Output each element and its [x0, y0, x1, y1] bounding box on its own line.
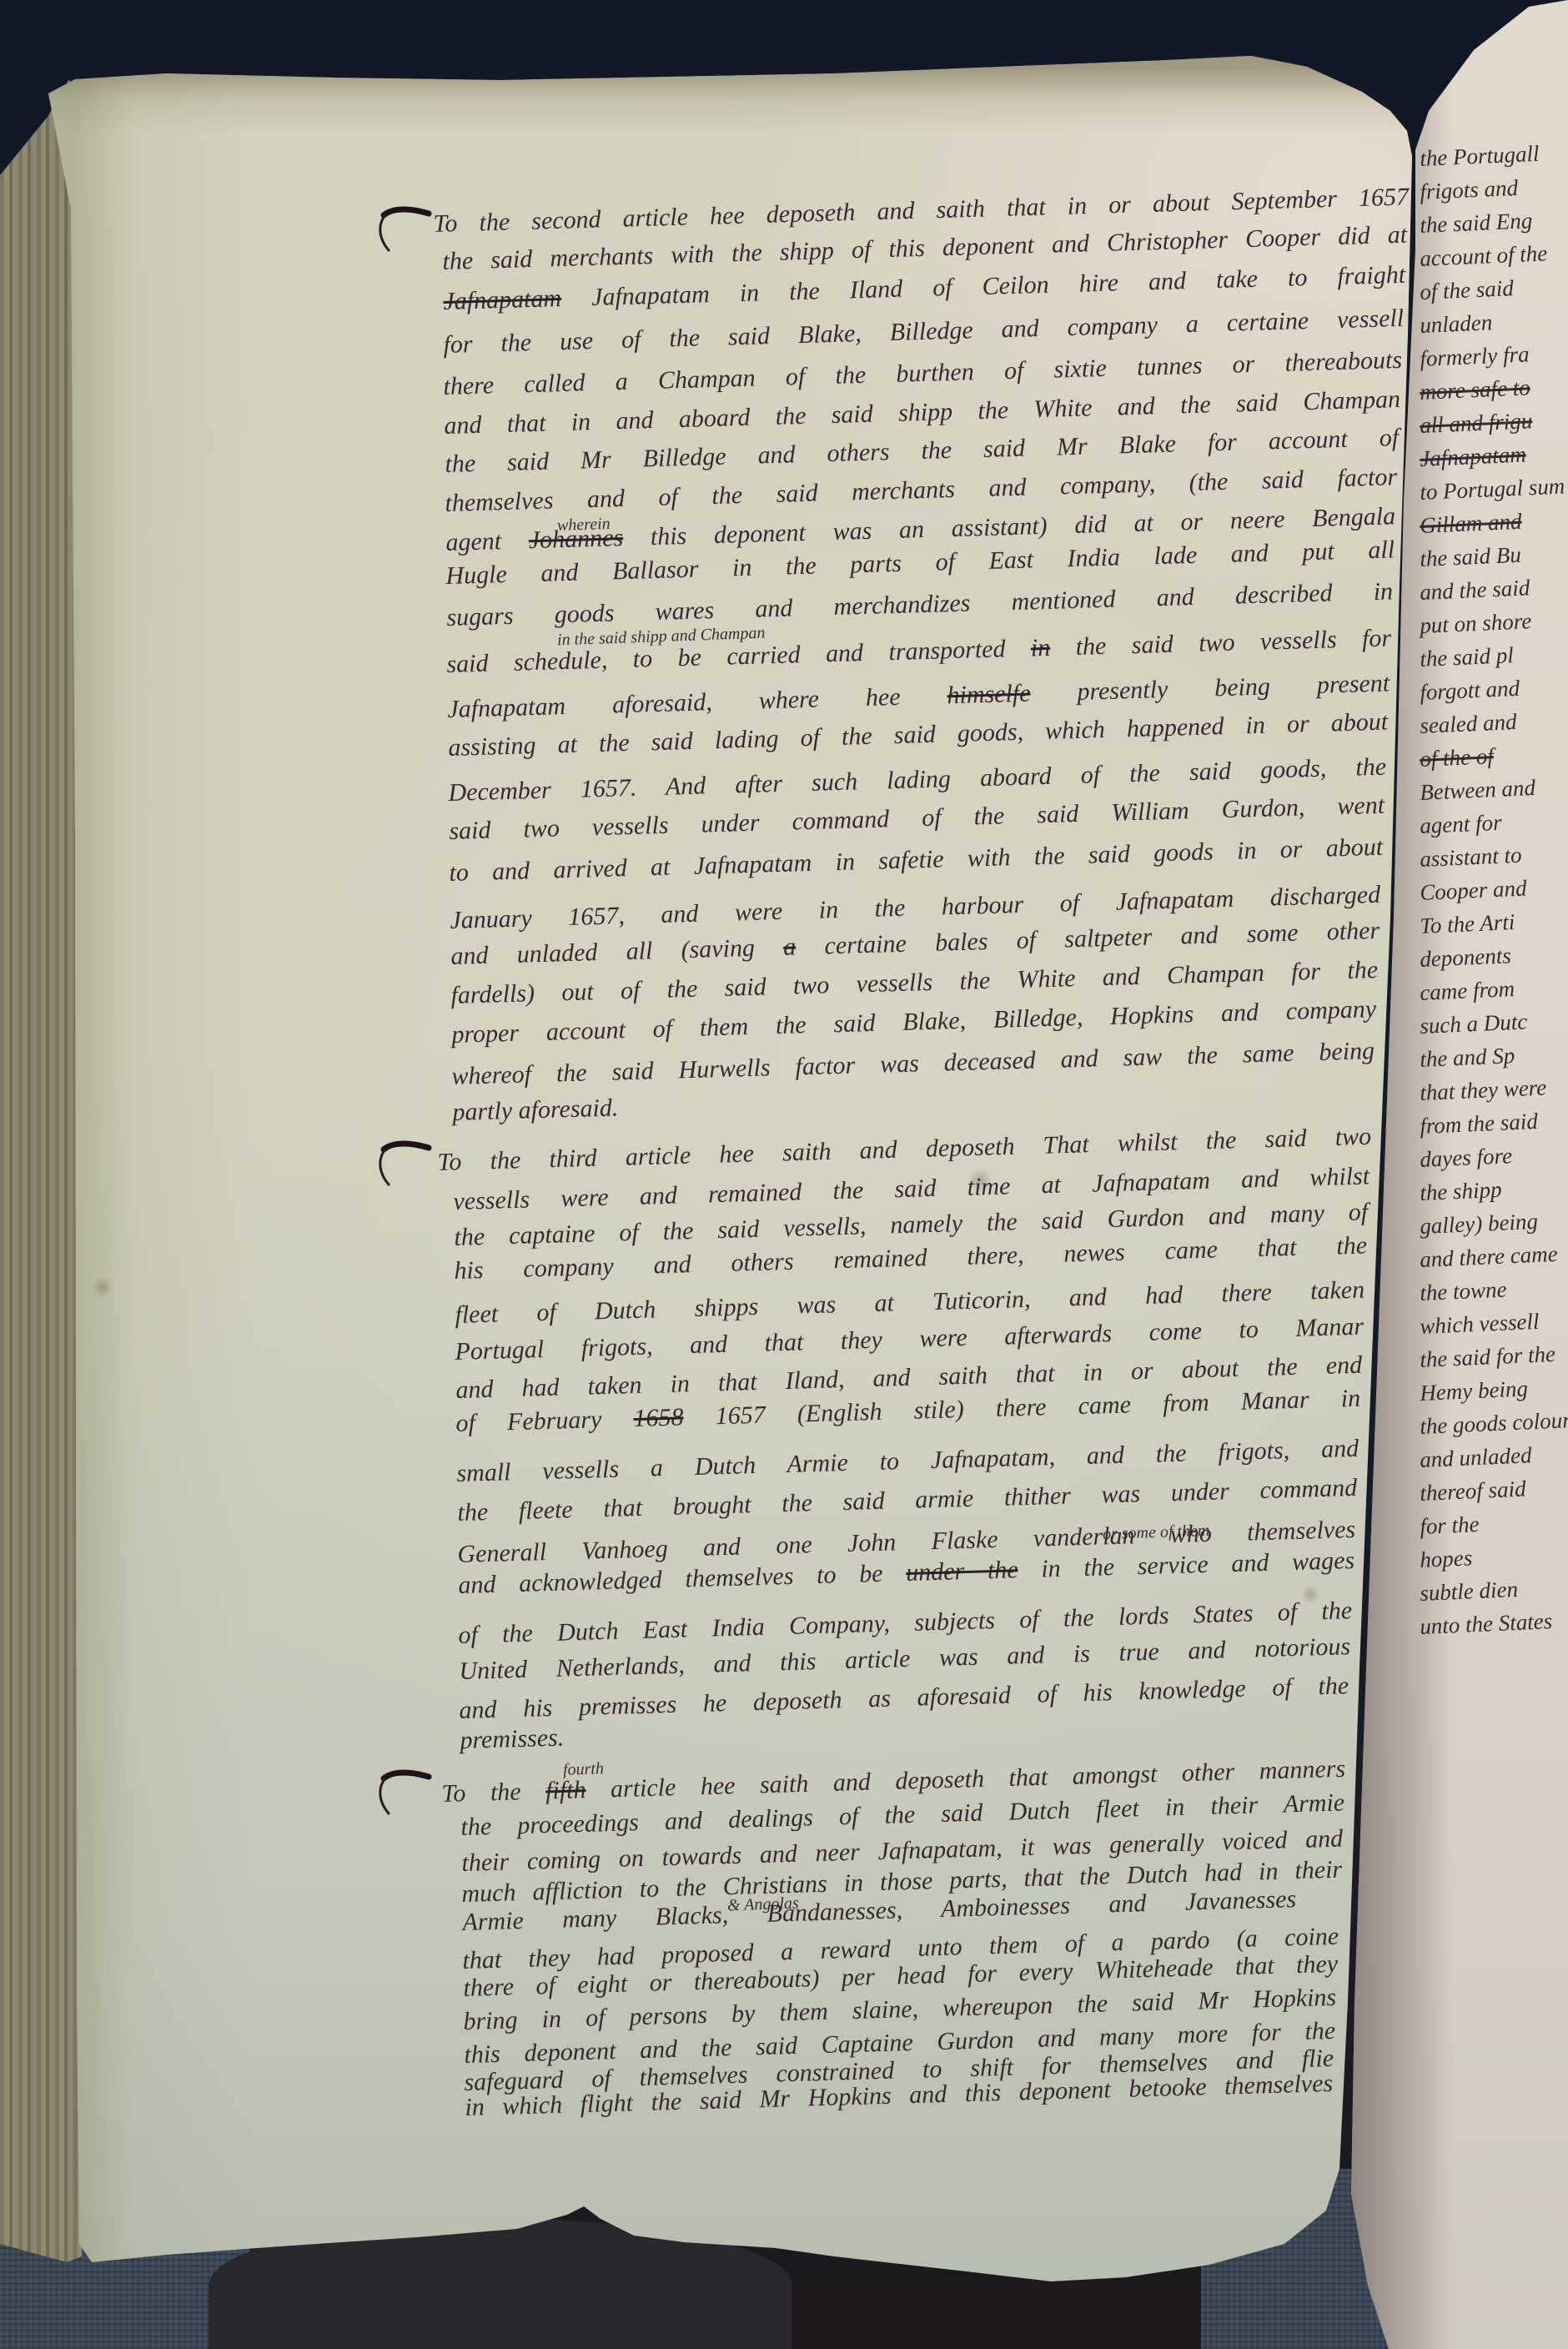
manuscript-fragment: the said for the — [1420, 1341, 1556, 1373]
struck-word: Johannes — [528, 524, 623, 554]
manuscript-fragment: frigots and — [1420, 175, 1519, 205]
struck-fragment: Gillam and — [1420, 509, 1523, 539]
left-page: wherein in the said shipp and Champan or… — [0, 0, 1568, 2349]
struck-word: 1658 — [633, 1403, 684, 1432]
struck-fragment: of the of — [1420, 743, 1495, 772]
manuscript-fragment: thereof said — [1420, 1476, 1526, 1506]
line-text: agent — [445, 526, 529, 556]
manuscript-fragment: Hemy being — [1420, 1376, 1529, 1406]
manuscript-fragment: the and Sp — [1420, 1043, 1515, 1073]
line-text: and unladed all (saving — [450, 933, 784, 970]
struck-word: under the — [906, 1556, 1018, 1587]
paragraph-flourish-icon — [377, 1138, 435, 1196]
manuscript-fragment: put on shore — [1420, 608, 1532, 639]
manuscript-fragment: galley) being — [1420, 1209, 1539, 1240]
manuscript-line: partly aforesaid. — [452, 1093, 619, 1128]
struck-word: himselfe — [947, 679, 1031, 709]
manuscript-fragment: and there came — [1420, 1241, 1559, 1273]
manuscript-fragment: Between and — [1420, 775, 1536, 806]
paragraph-flourish-icon — [377, 1767, 435, 1825]
manuscript-fragment: the goods colour — [1420, 1407, 1568, 1440]
manuscript-fragment: the said Eng — [1420, 208, 1533, 239]
manuscript-fragment: the said Bu — [1420, 542, 1522, 572]
manuscript-fragment: which vessell — [1420, 1309, 1540, 1340]
struck-fragment: more safe to — [1420, 375, 1531, 405]
manuscript-fragment: from the said — [1420, 1109, 1539, 1139]
manuscript-fragment: assistant to — [1420, 843, 1523, 873]
manuscript-fragment: deponents — [1420, 943, 1512, 973]
manuscript-fragment: the said pl — [1420, 642, 1515, 672]
manuscript-fragment: such a Dutc — [1420, 1009, 1528, 1039]
line-text: Jafnapatam aforesaid, where hee — [447, 682, 947, 723]
struck-fragment: Jafnapatam — [1420, 441, 1527, 472]
manuscript-fragment: Cooper and — [1420, 875, 1527, 906]
manuscript-fragment: To the Arti — [1420, 909, 1515, 939]
struck-word: in — [1030, 634, 1050, 662]
line-text: the said two vessells for — [1050, 624, 1392, 661]
manuscript-fragment: came from — [1420, 976, 1515, 1006]
manuscript-fragment: account of the — [1420, 240, 1548, 272]
manuscript-fragment: dayes fore — [1420, 1143, 1513, 1173]
manuscript-fragment: hopes — [1420, 1545, 1473, 1573]
manuscript-fragment: unto the States — [1420, 1608, 1553, 1640]
struck-word: a — [783, 933, 797, 960]
manuscript-fragment: for the — [1420, 1512, 1480, 1540]
paper-stain — [92, 1276, 113, 1298]
line-text: presently being present — [1030, 669, 1390, 707]
struck-fragment: all and frigu — [1420, 408, 1533, 439]
manuscript-fragment: the Portugall — [1420, 141, 1540, 172]
manuscript-fragment: the towne — [1420, 1276, 1507, 1306]
manuscript-fragment: of the said — [1420, 275, 1515, 305]
struck-word: fifth — [545, 1776, 586, 1804]
manuscript-fragment: forgott and — [1420, 676, 1520, 706]
manuscript-fragment: unladen — [1420, 309, 1493, 339]
manuscript-line: premisses. — [460, 1723, 565, 1756]
struck-word: Jafnapatam — [443, 284, 562, 315]
manuscript-fragment: to Portugal sum — [1420, 473, 1565, 506]
paragraph-flourish-icon — [377, 204, 435, 262]
manuscript-fragment: formerly fra — [1420, 341, 1530, 372]
line-text: To the — [441, 1778, 546, 1808]
photo-scene: the Portugall frigots and the said Eng a… — [0, 0, 1568, 2349]
line-text: of February — [455, 1405, 634, 1437]
manuscript-fragment: agent for — [1420, 810, 1503, 839]
manuscript-fragment: and the said — [1420, 575, 1530, 606]
manuscript-fragment: sealed and — [1420, 709, 1517, 739]
manuscript-fragment: that they were — [1420, 1074, 1547, 1106]
manuscript-fragment: the shipp — [1420, 1177, 1503, 1206]
manuscript-fragment: and unladed — [1420, 1442, 1532, 1473]
line-text: said schedule, to be carried and transpo… — [446, 634, 1031, 678]
manuscript-fragment: subtle dien — [1420, 1577, 1519, 1607]
